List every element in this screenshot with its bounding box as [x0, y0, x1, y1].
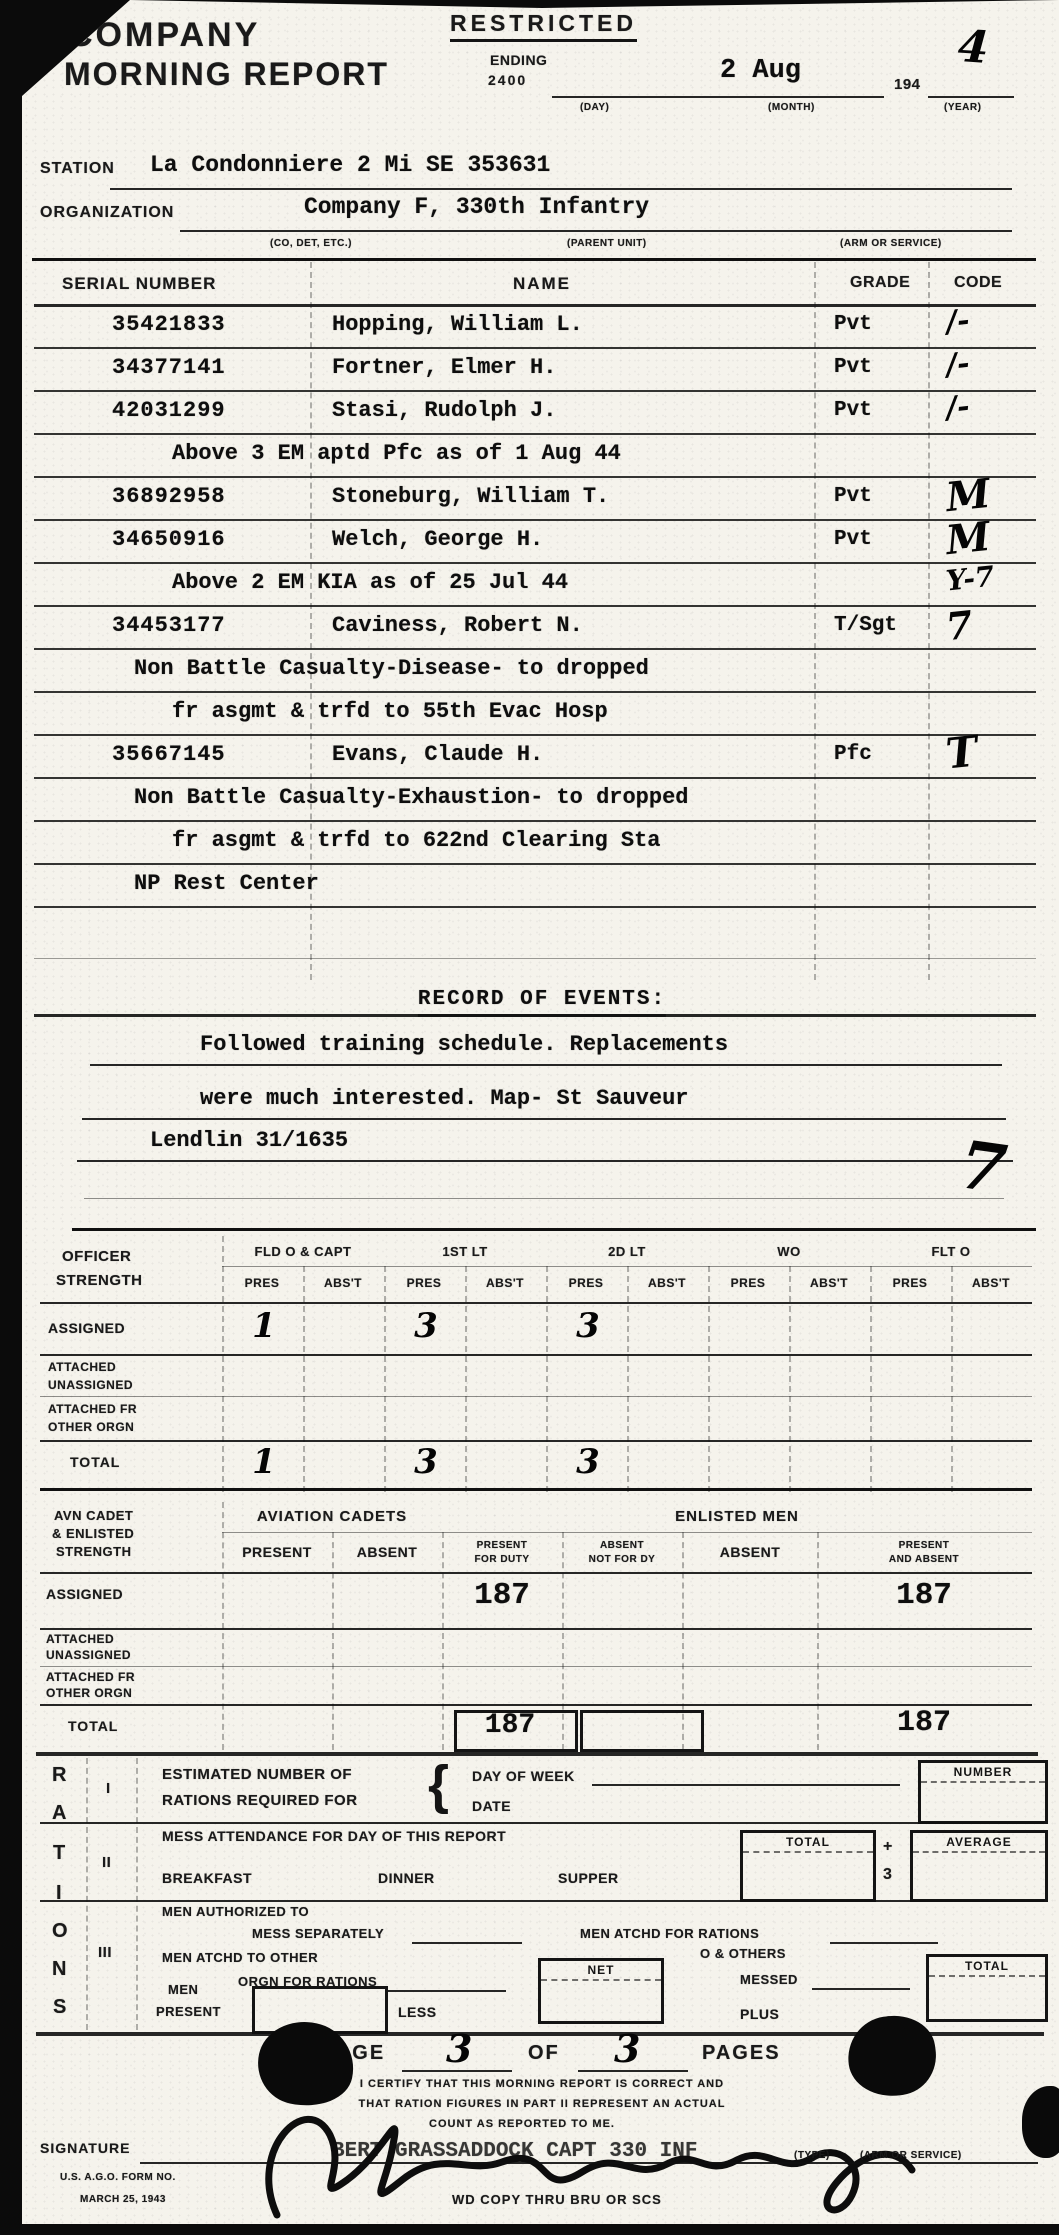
pages-value: 3 — [614, 2026, 640, 2071]
enlisted-strength-table: AVN CADET & ENLISTED STRENGTH AVIATION C… — [40, 1502, 1032, 1750]
subcol-pres: PRES — [893, 1276, 928, 1290]
row-label-total: TOTAL — [68, 1718, 118, 1734]
enlisted-bottom-rule — [36, 1752, 1038, 1756]
number-box: NUMBER — [918, 1760, 1048, 1824]
year-prefix: 194 — [894, 76, 921, 93]
code-mark: /- — [944, 303, 971, 340]
messed-blank — [812, 1988, 910, 1990]
less-label: LESS — [398, 2004, 437, 2020]
col-absent-not-for-dy-2: NOT FOR DY — [589, 1554, 656, 1565]
col-cadets-absent: ABSENT — [357, 1544, 418, 1560]
events-margin-mark: 7 — [955, 1125, 1011, 1209]
year-value: 4 — [956, 21, 990, 74]
remark-text: Non Battle Casualty-Exhaustion- to dropp… — [134, 785, 689, 810]
form-number-line-2: MARCH 25, 1943 — [80, 2194, 166, 2205]
rations-numeral-1: I — [106, 1780, 111, 1797]
col-group-fldo-capt: FLD O & CAPT — [255, 1244, 352, 1259]
remark-text: NP Rest Center — [134, 871, 319, 896]
col-group-flt-o: FLT O — [931, 1244, 970, 1259]
officer-vline — [708, 1266, 710, 1492]
soldier-name: Fortner, Elmer H. — [332, 355, 556, 380]
day-of-week-blank — [592, 1784, 900, 1786]
row-label-assigned: ASSIGNED — [48, 1320, 125, 1336]
roster-note-row: fr asgmt & trfd to 622nd Clearing Sta — [34, 822, 1036, 865]
code-mark: M — [944, 513, 993, 564]
roster-note-row: fr asgmt & trfd to 55th Evac Hosp — [34, 693, 1036, 736]
row-label-attached-fr-2: OTHER ORGN — [46, 1686, 132, 1700]
total-box: TOTAL — [740, 1830, 876, 1902]
enlisted-group-underline — [222, 1532, 1032, 1533]
enlisted-assigned-present-for-duty: 187 — [474, 1578, 530, 1613]
col-present-for-duty-2: FOR DUTY — [474, 1554, 529, 1565]
form-title-line2: MORNING REPORT — [64, 56, 389, 93]
day-label: (DAY) — [580, 102, 609, 113]
mess-attendance-label: MESS ATTENDANCE FOR DAY OF THIS REPORT — [162, 1828, 506, 1844]
code-mark: /- — [944, 389, 971, 426]
roster-note-row: Above 3 EM aptd Pfc as of 1 Aug 44 — [34, 435, 1036, 478]
events-rule-4 — [84, 1198, 1004, 1199]
roster-note-row: Above 2 EM KIA as of 25 Jul 44 Y-7 — [34, 564, 1036, 607]
enlisted-total-box-2 — [580, 1710, 704, 1752]
events-line-2: were much interested. Map- St Sauveur — [200, 1086, 688, 1111]
signature-label: SIGNATURE — [40, 2140, 130, 2156]
page-value: 3 — [446, 2026, 472, 2071]
enlisted-total-present-and-absent: 187 — [897, 1706, 951, 1740]
rations-section: R A T I O N S I II III ESTIMATED NUMBER … — [40, 1758, 1044, 2030]
rations-vline-2 — [136, 1758, 138, 2030]
col-group-2d-lt: 2D LT — [608, 1244, 646, 1259]
net-box: NET — [538, 1958, 664, 2024]
plus-label: PLUS — [740, 2006, 779, 2022]
men-authorized-label: MEN AUTHORIZED TO — [162, 1904, 309, 1919]
signature-typed-name: BERT GRASSADDOCK CAPT 330 INF — [332, 2140, 697, 2163]
roster-row: 42031299 Stasi, Rudolph J. Pvt /- — [34, 392, 1036, 435]
officer-total-1lt-pres: 3 — [414, 1442, 438, 1482]
org-sub-co: (CO, DET, ETC.) — [270, 238, 352, 249]
rations-letter-s: S — [53, 1996, 67, 2019]
roster-note-row: Non Battle Casualty-Exhaustion- to dropp… — [34, 779, 1036, 822]
pages-label: PAGES — [702, 2042, 781, 2065]
col-group-wo: WO — [777, 1244, 800, 1259]
month-label: (MONTH) — [768, 102, 815, 113]
orgn-for-rations-blank — [386, 1990, 506, 1992]
date-blank-line — [552, 96, 884, 98]
officer-vline — [627, 1266, 629, 1492]
col-absent: ABSENT — [720, 1544, 781, 1560]
roster-note-row: Non Battle Casualty-Disease- to dropped — [34, 650, 1036, 693]
org-sub-arm: (ARM OR SERVICE) — [840, 238, 942, 249]
date-label: DATE — [472, 1798, 511, 1814]
row-label-attached-1: ATTACHED — [48, 1360, 116, 1374]
roster-row: 34453177 Caviness, Robert N. T/Sgt 7 — [34, 607, 1036, 650]
officer-vline — [951, 1266, 953, 1492]
serial-number: 42031299 — [112, 398, 226, 423]
rations-vline-1 — [86, 1758, 88, 2030]
enlisted-total-present-for-duty: 187 — [485, 1710, 535, 1741]
rations-letter-o: O — [52, 1920, 68, 1943]
officer-assigned-1lt-pres: 3 — [414, 1306, 438, 1346]
subcol-abst: ABS'T — [486, 1276, 524, 1290]
roster-note-row: NP Rest Center — [34, 865, 1036, 908]
rations-letter-n: N — [52, 1958, 67, 1981]
enlisted-vline — [332, 1532, 334, 1750]
estimated-rations-line2: RATIONS REQUIRED FOR — [162, 1792, 358, 1809]
of-label: OF — [528, 2042, 560, 2065]
men-present-label-1: MEN — [168, 1982, 198, 1997]
enlisted-row-rule — [40, 1666, 1032, 1667]
officer-vline — [870, 1266, 872, 1492]
estimated-rations-line1: ESTIMATED NUMBER OF — [162, 1766, 352, 1783]
officer-row-rule — [40, 1440, 1032, 1442]
subcol-abst: ABS'T — [972, 1276, 1010, 1290]
enlisted-vline — [817, 1532, 819, 1750]
remark-text: fr asgmt & trfd to 622nd Clearing Sta — [172, 828, 660, 853]
enlisted-header-rule — [40, 1572, 1032, 1574]
dinner-label: DINNER — [378, 1870, 435, 1886]
record-of-events-title: RECORD OF EVENTS: — [418, 988, 666, 1017]
roster-body: 35421833 Hopping, William L. Pvt /- 3437… — [34, 306, 1036, 1017]
officer-bottom-rule — [40, 1488, 1032, 1491]
grade: Pvt — [834, 399, 872, 422]
col-present-and-absent-2: AND ABSENT — [889, 1554, 959, 1565]
grade: T/Sgt — [834, 614, 897, 637]
mess-separately-blank — [412, 1942, 522, 1944]
soldier-name: Caviness, Robert N. — [332, 613, 583, 638]
col-cadets-present: PRESENT — [242, 1544, 312, 1560]
average-box: AVERAGE — [910, 1830, 1048, 1902]
remark-text: Above 2 EM KIA as of 25 Jul 44 — [172, 570, 568, 595]
date-value: 2 Aug — [720, 56, 801, 86]
ending-time: 2400 — [488, 72, 527, 88]
men-atchd-rations-blank — [830, 1942, 938, 1944]
officer-total-2lt-pres: 3 — [576, 1442, 600, 1482]
rations-numeral-2: II — [102, 1854, 111, 1871]
enlisted-row-rule — [40, 1628, 1032, 1630]
soldier-name: Evans, Claude H. — [332, 742, 543, 767]
supper-label: SUPPER — [558, 1870, 619, 1886]
row-label-total: TOTAL — [70, 1454, 120, 1470]
officer-total-fldo-pres: 1 — [252, 1442, 276, 1482]
code-mark: 7 — [944, 602, 975, 650]
station-label: STATION — [40, 160, 115, 178]
enlisted-label-1: AVN CADET — [54, 1508, 133, 1523]
roster-header-code: CODE — [954, 274, 1002, 292]
events-rule-3 — [77, 1160, 1013, 1162]
net-box-label: NET — [541, 1963, 661, 1981]
copy-routing-note: WD COPY THRU BRU OR SCS — [452, 2192, 662, 2207]
average-box-label: AVERAGE — [913, 1835, 1045, 1853]
enlisted-label-2: & ENLISTED — [52, 1526, 134, 1541]
rations-letter-r: R — [52, 1764, 67, 1787]
officer-strength-table: OFFICER STRENGTH FLD O & CAPT 1ST LT 2D … — [40, 1236, 1032, 1492]
officer-row-rule — [40, 1354, 1032, 1356]
divide-plus: + — [883, 1838, 893, 1856]
serial-number: 34650916 — [112, 527, 226, 552]
col-group-1st-lt: 1ST LT — [442, 1244, 487, 1259]
roster-header-serial: SERIAL NUMBER — [62, 274, 216, 294]
grade: Pvt — [834, 313, 872, 336]
row-label-assigned: ASSIGNED — [46, 1586, 123, 1602]
station-line — [110, 188, 1012, 190]
enlisted-row-rule — [40, 1704, 1032, 1706]
group-aviation-cadets: AVIATION CADETS — [257, 1508, 407, 1525]
messed-label: MESSED — [740, 1972, 798, 1987]
total-box-2: TOTAL — [926, 1954, 1048, 2022]
remark-text: Non Battle Casualty-Disease- to dropped — [134, 656, 649, 681]
serial-number: 34377141 — [112, 355, 226, 380]
ending-label: ENDING — [490, 52, 547, 68]
officer-row-rule — [40, 1396, 1032, 1397]
number-box-label: NUMBER — [921, 1765, 1045, 1783]
officer-vline — [465, 1266, 467, 1492]
col-present-for-duty-1: PRESENT — [477, 1540, 528, 1551]
form-number-line-1: U.S. A.G.O. FORM NO. — [60, 2172, 176, 2183]
events-line-1: Followed training schedule. Replacements — [200, 1032, 728, 1057]
col-absent-not-for-dy-1: ABSENT — [600, 1540, 644, 1551]
code-mark: /- — [944, 346, 971, 383]
officer-vline — [546, 1266, 548, 1492]
rations-numeral-3: III — [98, 1944, 112, 1961]
grade: Pvt — [834, 485, 872, 508]
type-label: (TYPE) — [794, 2150, 830, 2161]
serial-number: 36892958 — [112, 484, 226, 509]
org-sub-parent: (PARENT UNIT) — [567, 238, 647, 249]
subcol-pres: PRES — [407, 1276, 442, 1290]
total-box-2-label: TOTAL — [929, 1959, 1045, 1977]
roster-header-name: NAME — [513, 274, 571, 294]
events-line-3: Lendlin 31/1635 — [150, 1128, 348, 1153]
officer-strength-label-1: OFFICER — [62, 1248, 131, 1265]
classification-stamp: RESTRICTED — [450, 10, 637, 42]
officer-header-rule — [40, 1302, 1032, 1304]
officer-assigned-2lt-pres: 3 — [576, 1306, 600, 1346]
roster-top-rule — [32, 258, 1036, 261]
enlisted-label-3: STRENGTH — [56, 1544, 132, 1559]
roster-row: 34377141 Fortner, Elmer H. Pvt /- — [34, 349, 1036, 392]
grade: Pvt — [834, 528, 872, 551]
col-present-and-absent-1: PRESENT — [899, 1540, 950, 1551]
subcol-abst: ABS'T — [810, 1276, 848, 1290]
paper: COMPANY MORNING REPORT RESTRICTED ENDING… — [22, 0, 1059, 2224]
o-and-others-label: O & OTHERS — [700, 1946, 786, 1961]
enlisted-vline — [222, 1502, 224, 1750]
men-atchd-other-label: MEN ATCHD TO OTHER — [162, 1950, 318, 1965]
year-blank-line — [928, 96, 1014, 98]
organization-line — [180, 230, 1012, 232]
organization-label: ORGANIZATION — [40, 204, 174, 222]
remark-text: Above 3 EM aptd Pfc as of 1 Aug 44 — [172, 441, 621, 466]
officer-vline — [384, 1266, 386, 1492]
roster-header-grade: GRADE — [850, 274, 910, 292]
enlisted-assigned-present-and-absent: 187 — [896, 1578, 952, 1613]
officer-assigned-fldo-pres: 1 — [252, 1306, 276, 1346]
rations-divider-2 — [40, 1900, 1044, 1902]
code-mark: T — [944, 727, 980, 779]
roster-row: 35421833 Hopping, William L. Pvt /- — [34, 306, 1036, 349]
ink-blot — [1022, 2086, 1059, 2158]
rations-letter-t: T — [53, 1842, 66, 1865]
organization-value: Company F, 330th Infantry — [304, 194, 649, 220]
subcol-pres: PRES — [731, 1276, 766, 1290]
grade: Pvt — [834, 356, 872, 379]
events-rule-2 — [82, 1118, 1006, 1120]
divide-three: 3 — [883, 1866, 892, 1884]
remark-text: fr asgmt & trfd to 55th Evac Hosp — [172, 699, 608, 724]
roster-row: 36892958 Stoneburg, William T. Pvt M — [34, 478, 1036, 521]
scanned-morning-report: { "header": { "title_line1": "COMPANY", … — [0, 0, 1059, 2235]
officer-vline — [789, 1266, 791, 1492]
officer-strength-label-2: STRENGTH — [56, 1272, 143, 1289]
enlisted-vline — [442, 1532, 444, 1750]
grade: Pfc — [834, 743, 872, 766]
group-enlisted-men: ENLISTED MEN — [675, 1508, 799, 1525]
subcol-abst: ABS'T — [648, 1276, 686, 1290]
soldier-name: Hopping, William L. — [332, 312, 583, 337]
year-label: (YEAR) — [944, 102, 981, 113]
row-label-attached-fr-2: OTHER ORGN — [48, 1420, 134, 1434]
brace-glyph: { — [428, 1754, 449, 1816]
breakfast-label: BREAKFAST — [162, 1870, 252, 1886]
men-atchd-rations-label: MEN ATCHD FOR RATIONS — [580, 1926, 759, 1941]
rations-divider-1 — [40, 1822, 1044, 1824]
row-label-attached-2: UNASSIGNED — [46, 1648, 131, 1662]
officer-vline — [303, 1266, 305, 1492]
mess-separately-label: MESS SEPARATELY — [252, 1926, 384, 1941]
roster-row: 35667145 Evans, Claude H. Pfc T — [34, 736, 1036, 779]
row-label-attached-fr-1: ATTACHED FR — [48, 1402, 137, 1416]
roster-row: 34650916 Welch, George H. Pvt M — [34, 521, 1036, 564]
station-value: La Condonniere 2 Mi SE 353631 — [150, 152, 550, 178]
row-label-attached-2: UNASSIGNED — [48, 1378, 133, 1392]
row-label-attached-1: ATTACHED — [46, 1632, 114, 1646]
soldier-name: Stasi, Rudolph J. — [332, 398, 556, 423]
code-mark: Y-7 — [944, 560, 995, 598]
row-label-attached-fr-1: ATTACHED FR — [46, 1670, 135, 1684]
soldier-name: Welch, George H. — [332, 527, 543, 552]
events-rule-1 — [90, 1064, 1002, 1066]
soldier-name: Stoneburg, William T. — [332, 484, 609, 509]
events-bottom-rule — [72, 1228, 1036, 1231]
day-of-week-label: DAY OF WEEK — [472, 1768, 575, 1784]
serial-number: 35421833 — [112, 312, 226, 337]
arm-or-service-label: (ARM OR SERVICE) — [860, 2150, 962, 2161]
subcol-pres: PRES — [569, 1276, 604, 1290]
form-title-line1: COMPANY — [68, 16, 260, 55]
serial-number: 35667145 — [112, 742, 226, 767]
officer-vline — [222, 1236, 224, 1492]
subcol-abst: ABS'T — [324, 1276, 362, 1290]
roster-blank-row — [34, 908, 1036, 959]
total-box-label: TOTAL — [743, 1835, 873, 1853]
serial-number: 34453177 — [112, 613, 226, 638]
subcol-pres: PRES — [245, 1276, 280, 1290]
men-present-label-2: PRESENT — [156, 2004, 221, 2019]
